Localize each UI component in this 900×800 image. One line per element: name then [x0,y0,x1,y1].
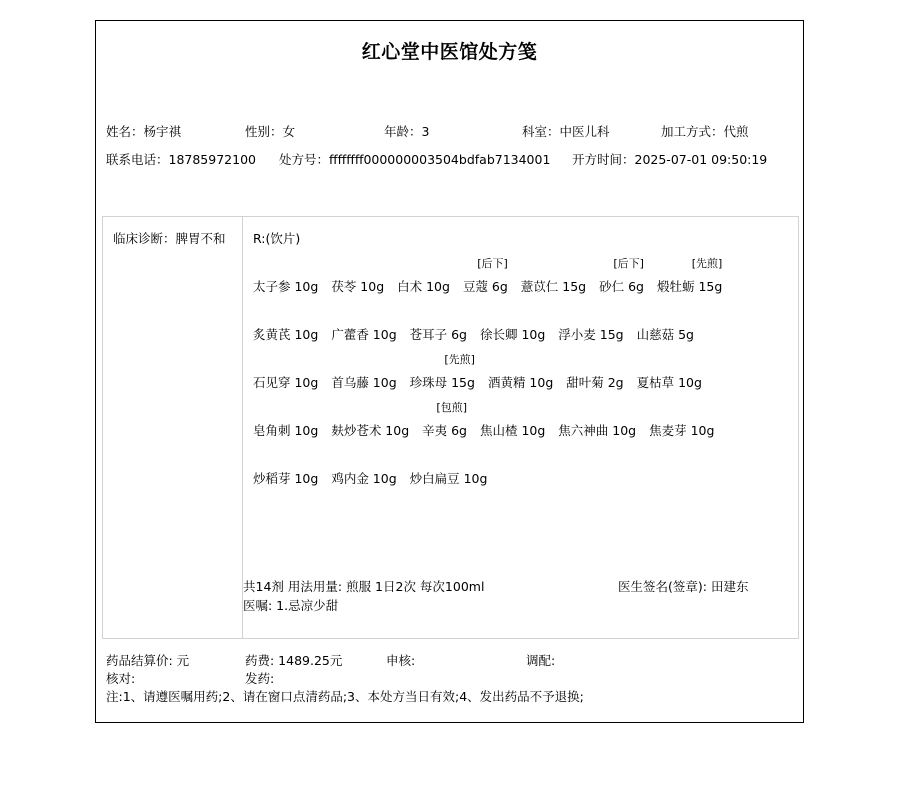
herb-row-3: 石见穿 10g 首乌藤 10g [先煎]珍珠母 15g 酒黄精 10g 甜叶菊 … [253,373,711,413]
patient-name: 姓名：杨宇祺 [106,122,181,140]
clinical-diagnosis: 临床诊断：脾胃不和 [113,229,226,247]
drug-fee: 药费: 1489.25元 [245,651,342,669]
prescription-table: 临床诊断：脾胃不和 R:(饮片) 太子参 10g 茯苓 10g 白术 10g [… [102,216,799,639]
column-divider [242,217,243,638]
settle-price: 药品结算价: 元 [106,651,189,669]
herb-note: [先煎] [692,255,723,271]
processing-method: 加工方式：代煎 [661,122,749,140]
prescription-sheet: 红心堂中医馆处方笺 姓名：杨宇祺 性别：女 年龄：3 科室：中医儿科 加工方式：… [95,20,804,723]
herb-item: [后下]豆蔻 6g [463,277,508,295]
herb-item: 甜叶菊 2g [566,373,623,391]
herb-row-1: 太子参 10g 茯苓 10g 白术 10g [后下]豆蔻 6g 薏苡仁 15g … [253,277,731,317]
herb-item: 焦六神曲 10g [558,421,636,439]
herb-item: 夏枯草 10g [637,373,702,391]
herb-row-2: 炙黄芪 10g 广藿香 10g 苍耳子 6g 徐长卿 10g 浮小麦 15g 山… [253,325,703,365]
notes: 注:1、请遵医嘱用药;2、请在窗口点清药品;3、本处方当日有效;4、发出药品不予… [106,687,584,705]
herb-item: 薏苡仁 15g [521,277,586,295]
herb-item: 徐长卿 10g [480,325,545,343]
doctor-advice: 医嘱: 1.忌凉少甜 [243,596,338,614]
herb-note: [先煎] [444,351,475,367]
herb-item: 皂角刺 10g [253,421,318,439]
herb-item: [后下]砂仁 6g [599,277,644,295]
herb-item: 广藿香 10g [331,325,396,343]
patient-gender: 性别：女 [245,122,295,140]
herb-item: [先煎]珍珠母 15g [410,373,475,391]
herb-item: 首乌藤 10g [331,373,396,391]
herb-item: 太子参 10g [253,277,318,295]
herb-item: 石见穿 10g [253,373,318,391]
herb-item: 鸡内金 10g [331,469,396,487]
herb-item: [先煎]煅牡蛎 15g [657,277,722,295]
herb-item: 酒黄精 10g [488,373,553,391]
herb-item: 山慈菇 5g [637,325,694,343]
herb-note: [后下] [613,255,644,271]
usage-dosage: 共14剂 用法用量: 煎服 1日2次 每次100ml [243,577,484,595]
dispense-mix-field: 调配: [526,651,555,669]
prescription-number: 处方号：ffffffff000000003504bdfab7134001 [279,150,550,168]
herb-item: 浮小麦 15g [558,325,623,343]
prescription-time: 开方时间：2025-07-01 09:50:19 [572,150,767,168]
herb-item: [包煎]辛夷 6g [422,421,467,439]
check-field: 核对: [106,669,135,687]
herb-item: 炒白扁豆 10g [410,469,488,487]
patient-phone: 联系电话：18785972100 [106,150,256,168]
herb-item: 茯苓 10g [331,277,384,295]
document-title: 红心堂中医馆处方笺 [96,37,803,64]
herb-row-4: 皂角刺 10g 麸炒苍术 10g [包煎]辛夷 6g 焦山楂 10g 焦六神曲 … [253,421,723,461]
herb-item: 炙黄芪 10g [253,325,318,343]
herb-item: 苍耳子 6g [410,325,467,343]
prescription-type: R:(饮片) [253,229,300,247]
issue-field: 发药: [245,669,274,687]
herb-item: 焦麦芽 10g [649,421,714,439]
herb-item: 炒稻芽 10g [253,469,318,487]
doctor-signature: 医生签名(签章): 田建东 [618,577,748,595]
patient-age: 年龄：3 [384,122,429,140]
herb-item: 白术 10g [397,277,450,295]
review-field: 申核: [386,651,415,669]
herb-row-5: 炒稻芽 10g 鸡内金 10g 炒白扁豆 10g [253,469,496,509]
herb-note: [包煎] [436,399,467,415]
herb-note: [后下] [477,255,508,271]
herb-item: 焦山楂 10g [480,421,545,439]
department: 科室：中医儿科 [522,122,610,140]
herb-item: 麸炒苍术 10g [331,421,409,439]
